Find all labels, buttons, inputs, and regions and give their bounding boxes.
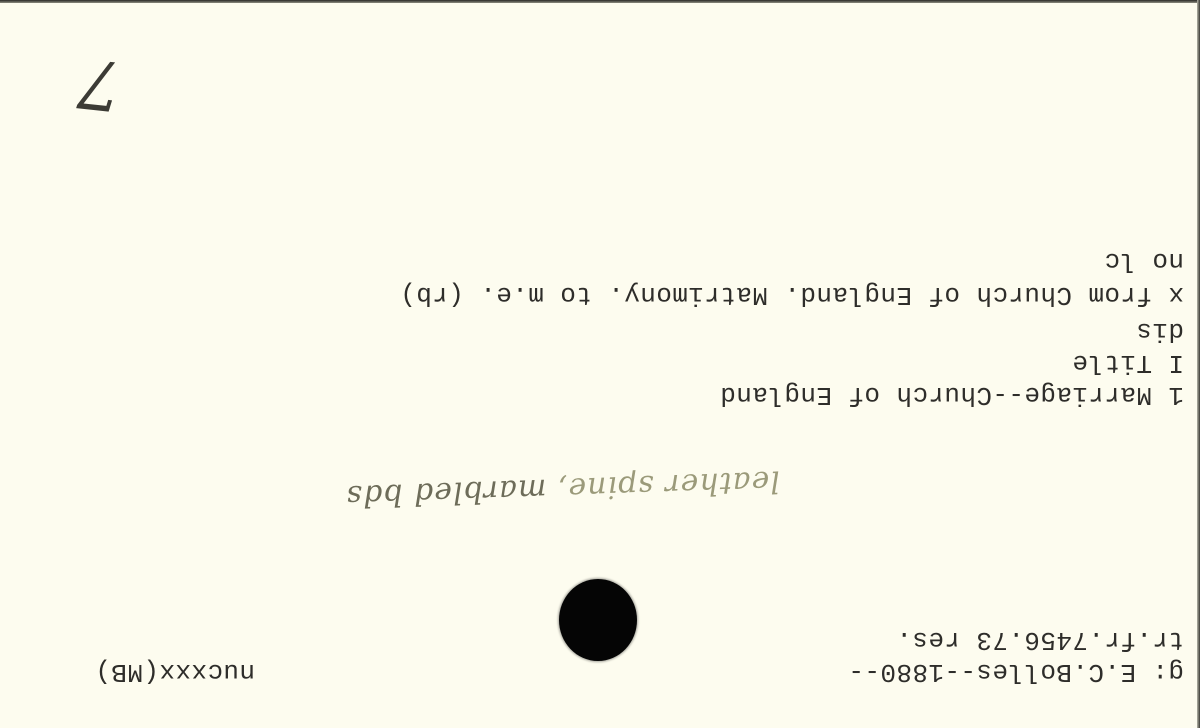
tracing-cross-reference: x from Church of England. Matrimony. to …	[400, 280, 1184, 310]
tracing-title: I Title	[1072, 348, 1184, 378]
imprint-line: tr.fr.7456.73 res.	[896, 625, 1184, 655]
catalog-card: g: E.C.Bolles--1880-- tr.fr.7456.73 res.…	[0, 0, 1200, 728]
tracing-no-lc: no lc	[1104, 246, 1184, 276]
scan-edge-bottom	[0, 0, 1200, 3]
punch-hole-icon	[559, 579, 637, 661]
call-number: nucxxx(MB)	[95, 657, 255, 687]
handwritten-note: leather spine, marbled bds	[345, 463, 780, 513]
tracing-subject: 1 Marriage--Church of England	[720, 380, 1184, 410]
tracing-dis: dis	[1136, 316, 1184, 346]
handwritten-note-part-1: leather spine,	[556, 463, 780, 506]
handwritten-note-part-2: marbled bds	[345, 472, 547, 514]
handwritten-card-number: 7	[75, 42, 126, 125]
main-entry: g: E.C.Bolles--1880--	[848, 657, 1184, 687]
